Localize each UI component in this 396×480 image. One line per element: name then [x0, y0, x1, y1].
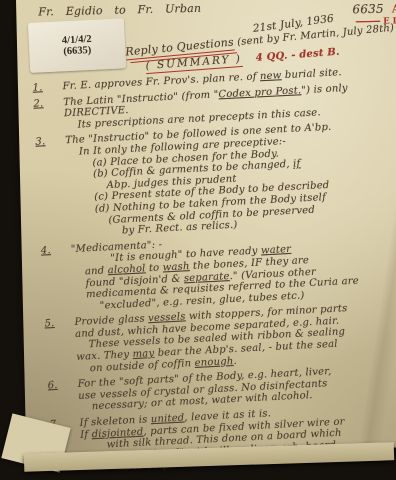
item-number: 6.: [47, 379, 79, 415]
items-list: 1. Fr. E. approves Fr. Prov's. plan re. …: [32, 64, 396, 480]
document-photo: Fr. Egidio to Fr. Urban 4/1/4/2 (6635) 2…: [0, 0, 396, 480]
numbered-item: 4. "Medicamenta": -"It is enough" to hav…: [41, 227, 396, 315]
red-note: 4 QQ. - dest B.: [255, 47, 340, 64]
item-number: 2.: [33, 97, 65, 133]
item-number: 1.: [32, 81, 63, 94]
item-lines: Provide glass vessels with stoppers, for…: [74, 300, 396, 375]
item-lines: The "Instructio" to be followed is one s…: [65, 119, 396, 240]
archive-number: (6635): [63, 45, 92, 57]
header-from-to: Fr. Egidio to Fr. Urban: [38, 2, 201, 19]
item-lines: "Medicamenta": -"It is enough" to have r…: [71, 227, 396, 313]
paper-sheet: Fr. Egidio to Fr. Urban 4/1/4/2 (6635) 2…: [16, 0, 396, 456]
numbered-item: 3. The "Instructio" to be followed is on…: [35, 119, 396, 242]
item-number: 4.: [41, 244, 74, 315]
item-number: 5.: [44, 317, 77, 376]
archive-label: 4/1/4/2 (6635): [28, 18, 126, 73]
